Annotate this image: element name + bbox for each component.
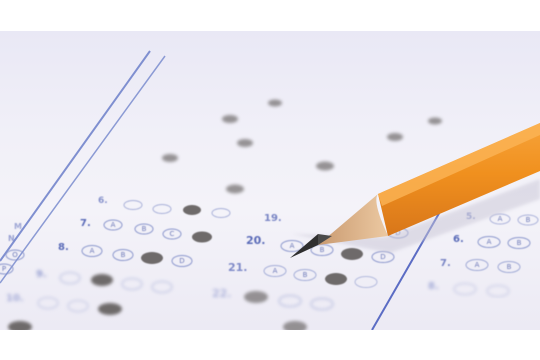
svg-text:D: D [179,257,184,265]
id-letter-p: P [2,265,6,273]
svg-text:M: M [14,222,22,231]
id-grid-strip: N M O P [0,51,165,283]
answer-sheet-photo: N M O P 6. 7. A B C 8. A B [0,31,540,330]
answer-column-middle-lower: 22. [212,287,333,330]
filled-bubble [192,232,212,243]
question-number: 7. [440,258,451,269]
svg-text:N: N [8,234,15,243]
svg-text:B: B [320,246,325,254]
filled-bubble [341,248,363,260]
svg-text:D: D [380,253,385,261]
answer-column-left: 6. 7. A B C 8. A B D [58,196,230,267]
svg-text:B: B [142,225,147,233]
pencil [290,123,540,258]
question-number: 7. [80,218,91,229]
svg-text:A: A [475,261,480,269]
answer-sheet-illustration: N M O P 6. 7. A B C 8. A B [0,31,540,330]
svg-text:B: B [517,239,522,247]
filled-bubble [244,291,268,303]
svg-text:B: B [303,271,308,279]
svg-text:A: A [498,215,503,223]
question-number: 8. [58,242,69,253]
svg-text:A: A [90,247,95,255]
answer-column-left-lower: 9. 10. [6,269,172,330]
svg-text:C: C [170,230,175,238]
filled-bubble [98,303,122,315]
svg-text:B: B [121,251,126,259]
question-number: 19. [264,213,282,224]
svg-text:A: A [290,242,295,250]
filled-bubble [91,274,113,286]
question-number: 9. [36,269,47,280]
question-number: 20. [246,234,266,247]
filled-bubble [325,273,347,285]
svg-text:A: A [111,221,116,229]
svg-text:8.: 8. [428,281,439,292]
svg-text:A: A [273,267,278,275]
blurred-upper-rows [162,100,442,194]
question-number: 6. [98,196,108,206]
question-number: 21. [228,261,248,274]
id-letter-o: O [12,251,18,259]
filled-bubble [141,252,163,264]
svg-text:A: A [487,238,492,246]
filled-bubble [183,205,201,215]
svg-text:B: B [526,216,531,224]
question-number: 6. [453,234,464,245]
question-number: 22. [212,287,232,300]
question-number: 10. [6,293,24,304]
svg-text:B: B [507,263,512,271]
